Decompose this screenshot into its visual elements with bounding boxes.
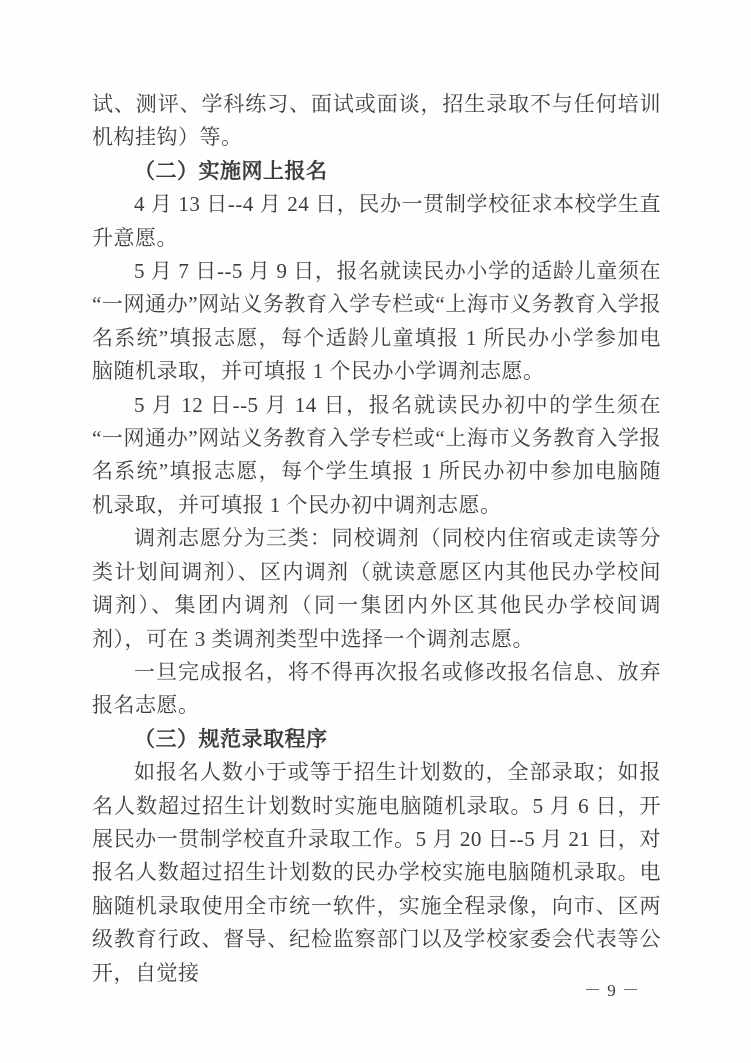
document-page: 试、测评、学科练习、面试或面谈，招生录取不与任何培训机构挂钩）等。 （二）实施网… [0,0,751,1063]
page-number: － 9 － [584,981,640,1001]
paragraph-continued-from-previous-page: 试、测评、学科练习、面试或面谈，招生录取不与任何培训机构挂钩）等。 [92,88,661,155]
section-heading-online-registration: （二）实施网上报名 [92,155,661,188]
section-heading-admission-procedure: （三）规范录取程序 [92,723,661,756]
paragraph-middle-school-registration: 5 月 12 日--5 月 14 日，报名就读民办初中的学生须在“一网通办”网站… [92,389,661,523]
paragraph-registration-finality: 一旦完成报名，将不得再次报名或修改报名信息、放弃报名志愿。 [92,656,661,723]
paragraph-transfer-preference-types: 调剂志愿分为三类：同校调剂（同校内住宿或走读等分类计划间调剂）、区内调剂（就读意… [92,522,661,656]
paragraph-lottery-admission-process: 如报名人数小于或等于招生计划数的，全部录取；如报名人数超过招生计划数时实施电脑随… [92,756,661,990]
paragraph-direct-promotion-dates: 4 月 13 日--4 月 24 日，民办一贯制学校征求本校学生直升意愿。 [92,188,661,255]
paragraph-primary-school-registration: 5 月 7 日--5 月 9 日，报名就读民办小学的适龄儿童须在“一网通办”网站… [92,255,661,389]
document-body: 试、测评、学科练习、面试或面谈，招生录取不与任何培训机构挂钩）等。 （二）实施网… [92,88,661,990]
